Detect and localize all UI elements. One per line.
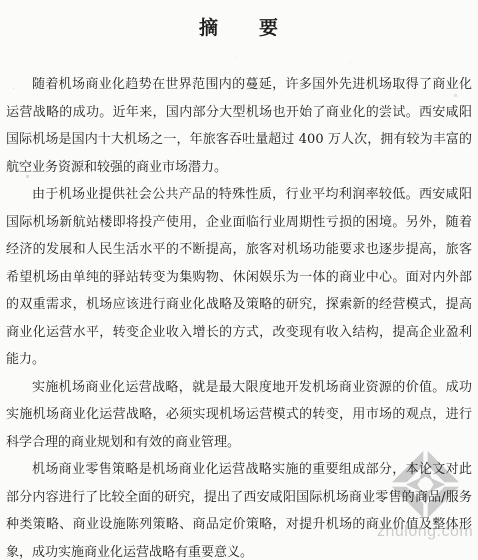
abstract-body: 随着机场商业化趋势在世界范围内的蔓延，许多国外先进机场取得了商业化运营战略的成功…: [6, 71, 472, 560]
paragraph-3: 实施机场商业化运营战略，就是最大限度地开发机场商业资源的价值。成功实施机场商业化…: [6, 374, 472, 457]
scan-noise: [0, 0, 1, 1]
paragraph-1: 随着机场商业化趋势在世界范围内的蔓延，许多国外先进机场取得了商业化运营战略的成功…: [6, 71, 472, 181]
scanned-abstract-page: { "doc": { "title": "摘 要", "paragraphs":…: [0, 0, 478, 560]
paragraph-4: 机场商业零售策略是机场商业化运营战略实施的重要组成部分，本论文对此部分内容进行了…: [6, 456, 472, 560]
page-title: 摘 要: [0, 13, 478, 40]
paragraph-2: 由于机场业提供社会公共产品的特殊性质，行业平均利润率较低。西安咸阳国际机场新航站…: [6, 181, 472, 374]
